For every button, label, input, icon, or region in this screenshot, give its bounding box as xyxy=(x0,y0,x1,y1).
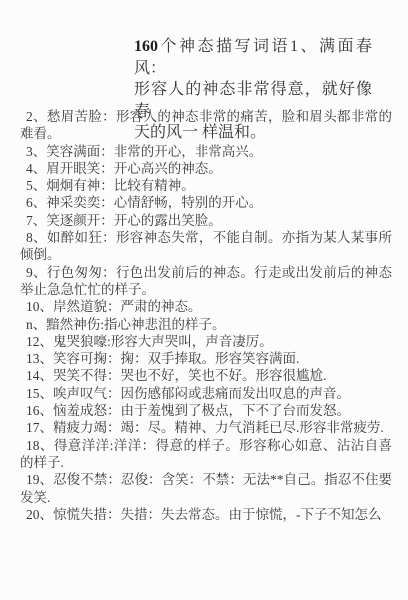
list-item: 7、笑逐颜开：开心的露出笑脸。 xyxy=(20,212,392,229)
list-item: 13、笑容可掬：掬：双手捧取。形容笑容满面. xyxy=(20,350,392,367)
list-item: 16、恼羞成怒：由于羞愧到了极点，下不了台而发怒。 xyxy=(20,402,392,419)
list-item: 9、行色匆匆：行色出发前后的神态。行走或出发前后的神态举止急急忙忙的样子。 xyxy=(20,264,392,299)
list-item: 20、惊慌失措：失措：失去常态。由于惊慌，-下子不知怎么 xyxy=(20,506,392,523)
word-list: 2、愁眉苦脸：形容人的神态非常的痛苦，脸和眉头都非常的难看。 3、笑容满面：非常… xyxy=(20,108,392,523)
list-item: 19、忍俊不禁：忍俊：含笑：不禁：无法**自己。指忍不住要 发笑. xyxy=(20,471,392,506)
list-item: 5、炯炯有神：比较有精神。 xyxy=(20,177,392,194)
list-item: 10、岸然道貌：严肃的神态。 xyxy=(20,298,392,315)
list-item: 8、如醉如狂：形容神态失常，不能自制。亦指为某人某事所倾倒。 xyxy=(20,229,392,264)
document-page: 160个神态描写词语1、满面春风： 形容人的神态非常得意，就好像春 天的风一 样… xyxy=(0,0,408,600)
list-item: 6、神采奕奕：心情舒畅，特别的开心。 xyxy=(20,194,392,211)
title-line-1-text: 个神态描写词语1、满面春风： xyxy=(134,38,372,77)
title-count: 160 xyxy=(134,38,158,55)
list-item: 18、得意洋洋:洋洋：得意的样子。形容称心如意、沾沾自喜的样子. xyxy=(20,437,392,472)
title-line-1: 160个神态描写词语1、满面春风： xyxy=(134,36,372,79)
list-item: 15、唉声叹气：因伤感郁闷或悲痛而发出叹息的声音。 xyxy=(20,385,392,402)
list-item: 3、笑容满面：非常的开心，非常高兴。 xyxy=(20,143,392,160)
list-item: 2、愁眉苦脸：形容人的神态非常的痛苦，脸和眉头都非常的难看。 xyxy=(20,108,392,143)
list-item: 4、眉开眼笑：开心高兴的神态。 xyxy=(20,160,392,177)
list-item: 12、鬼哭狼嚎:形容大声哭叫，声音凄厉。 xyxy=(20,333,392,350)
list-item: 14、哭笑不得：哭也不好，笑也不好。形容很尴尬. xyxy=(20,367,392,384)
list-item: n、黯然神伤:指心神悲沮的样子。 xyxy=(20,316,392,333)
list-item: 17、精疲力竭：竭：尽。精神、力气消耗已尽.形容非常疲劳. xyxy=(20,419,392,436)
